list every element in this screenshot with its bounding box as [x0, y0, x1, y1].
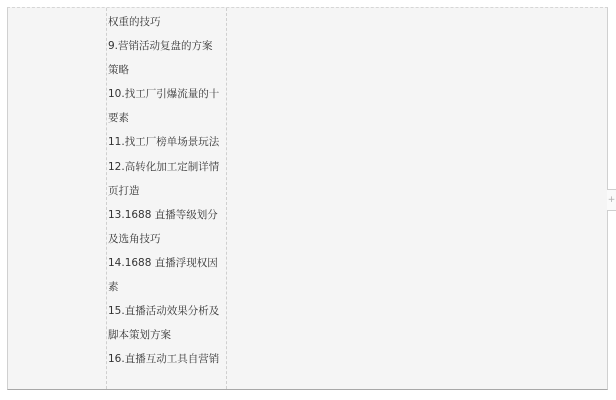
list-line: 权重的技巧: [108, 10, 224, 34]
column-divider-1[interactable]: [106, 8, 107, 389]
add-column-button[interactable]: +: [607, 189, 616, 211]
table-cell-course-list[interactable]: 权重的技巧 9.营销活动复盘的方案 策略 10.找工厂引爆流量的十 要素 11.…: [108, 10, 224, 371]
list-line: 页打造: [108, 179, 224, 203]
list-line: 15.直播活动效果分析及: [108, 299, 224, 323]
list-line: 12.高转化加工定制详情: [108, 155, 224, 179]
content-table: [7, 7, 608, 390]
list-line: 14.1688 直播浮现权因: [108, 251, 224, 275]
list-line: 9.营销活动复盘的方案: [108, 34, 224, 58]
list-line: 素: [108, 275, 224, 299]
list-line: 13.1688 直播等级划分: [108, 203, 224, 227]
list-line: 及选角技巧: [108, 227, 224, 251]
list-line: 16.直播互动工具自营销: [108, 347, 224, 371]
column-divider-2[interactable]: [226, 8, 227, 389]
list-line: 脚本策划方案: [108, 323, 224, 347]
plus-icon: +: [608, 195, 616, 205]
list-line: 要素: [108, 106, 224, 130]
list-line: 11.找工厂榜单场景玩法: [108, 130, 224, 154]
list-line: 10.找工厂引爆流量的十: [108, 82, 224, 106]
list-line: 策略: [108, 58, 224, 82]
